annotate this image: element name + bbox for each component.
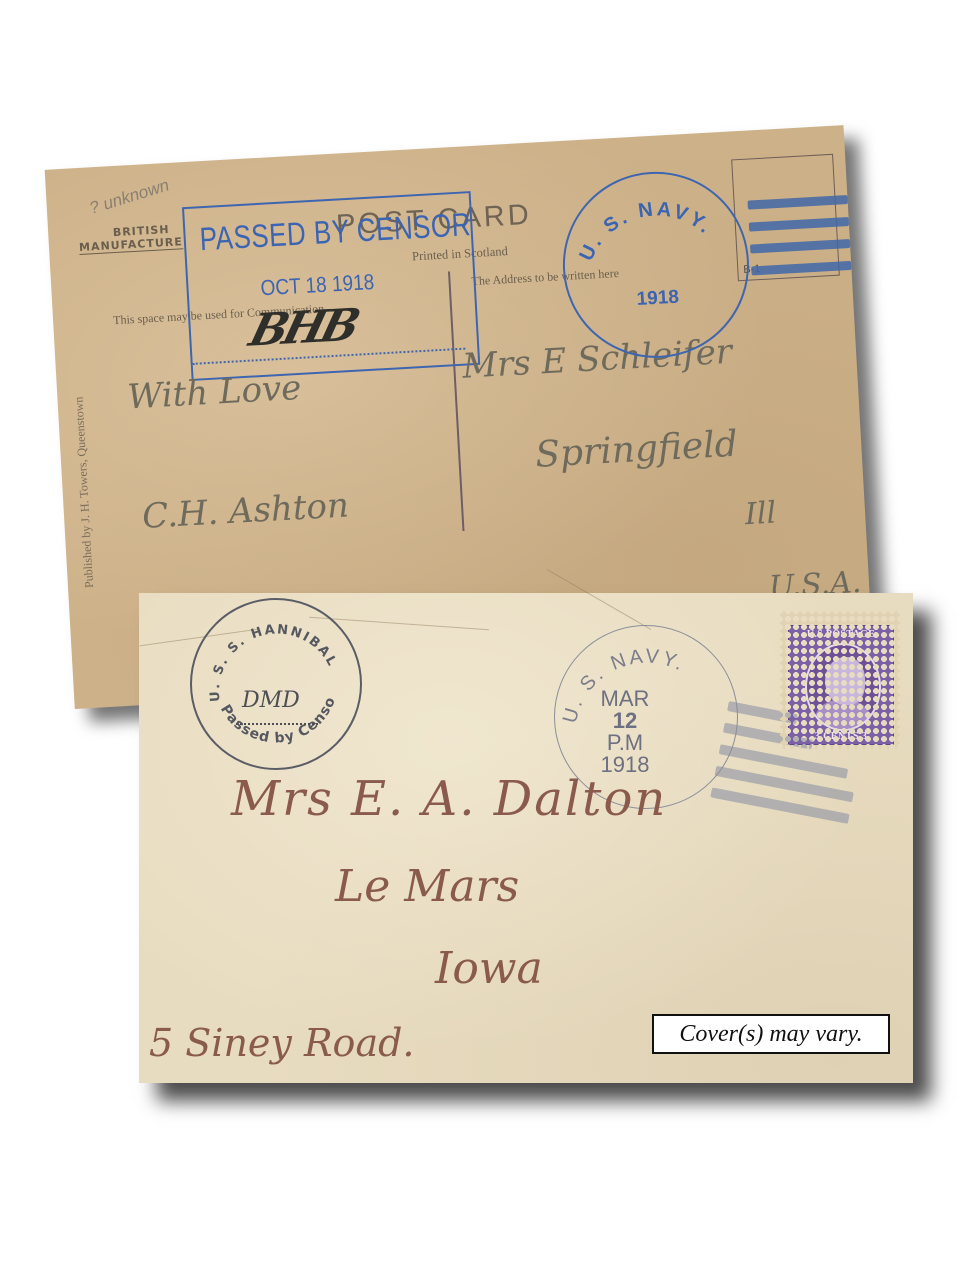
publisher-line: Published by J. H. Towers, Queenstown: [71, 396, 97, 588]
navy-postmark: U. S. NAVY. 1918: [558, 167, 754, 363]
censor-date: OCT 18 1918: [260, 271, 375, 303]
postmark-arc-text: U. S. NAVY.: [560, 169, 752, 361]
svg-text:U. S. NAVY.: U. S. NAVY.: [572, 195, 719, 266]
recipient-city: Springfield: [534, 424, 739, 476]
envelope-postmark-date: MAR 12 P.M 1918: [595, 688, 655, 776]
message-text: With Love: [126, 368, 302, 418]
maker-label: BRITISH MANUFACTURE: [78, 222, 183, 255]
stamp-top-text: U.S.POSTAGE: [789, 629, 893, 640]
hannibal-initials: DMD: [242, 688, 300, 713]
envelope-recipient-name: Mrs E. A. Dalton: [231, 771, 667, 827]
hannibal-dotted-line: [236, 723, 318, 725]
envelope: U. S. S. HANNIBAL Passed by Censor. DMD …: [139, 593, 913, 1083]
censor-stamp: PASSED BY CENSOR OCT 18 1918 BHB: [182, 191, 480, 381]
sender-signature: C.H. Ashton: [141, 485, 350, 536]
pencil-note: ? unknown: [87, 175, 171, 218]
censor-title: PASSED BY CENSOR: [199, 205, 472, 259]
washington-stamp: U.S.POSTAGE 3 CENTS 3: [788, 625, 894, 745]
censor-initials: BHB: [244, 299, 361, 357]
portrait-icon: [805, 643, 881, 731]
envelope-recipient-street: 5 Siney Road.: [149, 1021, 415, 1065]
hannibal-censor-stamp: U. S. S. HANNIBAL Passed by Censor. DMD: [190, 598, 362, 770]
postage-stamp: U.S.POSTAGE 3 CENTS 3: [780, 611, 900, 749]
recipient-state: Ill: [744, 496, 777, 533]
hannibal-ring-text: U. S. S. HANNIBAL Passed by Censor.: [192, 600, 360, 768]
cancellation-bars: [747, 195, 852, 288]
envelope-recipient-city: Le Mars: [335, 861, 519, 912]
envelope-recipient-state: Iowa: [435, 943, 543, 994]
disclaimer-label: Cover(s) may vary.: [652, 1014, 890, 1054]
stamp-value-text: 3 CENTS 3: [789, 731, 893, 742]
